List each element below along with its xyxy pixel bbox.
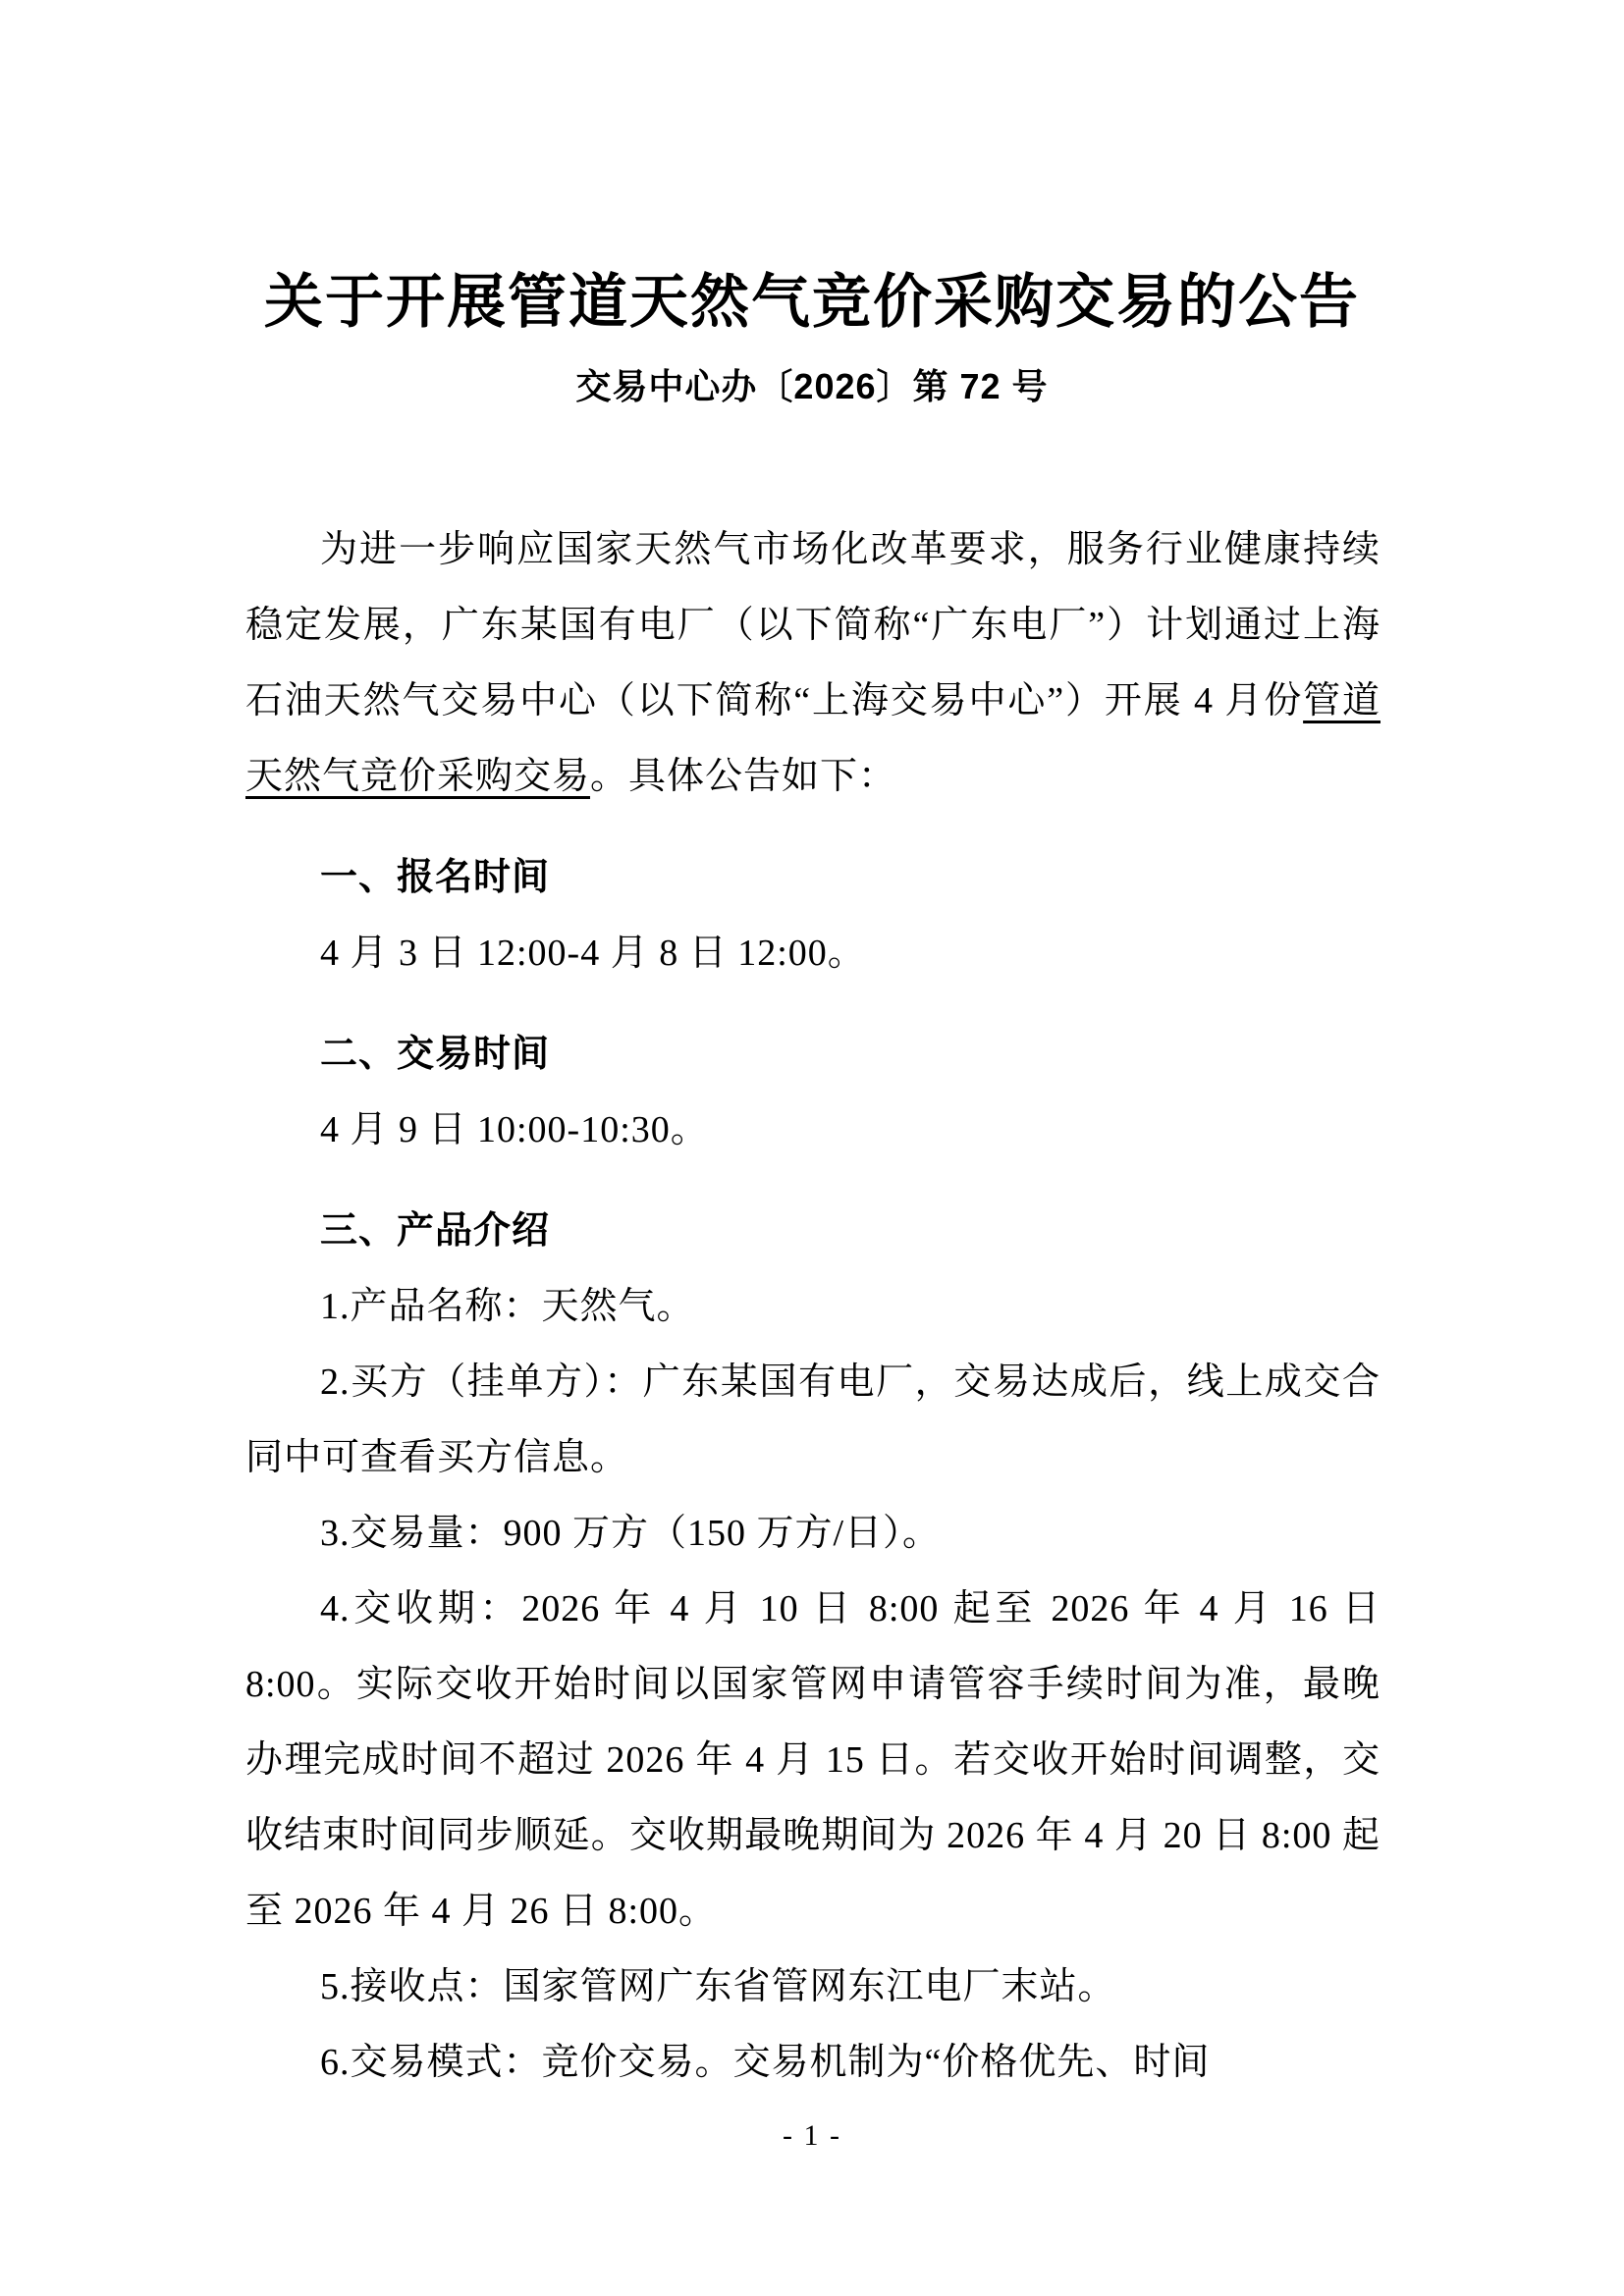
intro-text-lead: 为进一步响应国家天然气市场化改革要求，服务行业健康持续稳定发展，广东某国有电厂（… xyxy=(245,529,1380,721)
intro-paragraph: 为进一步响应国家天然气市场化改革要求，服务行业健康持续稳定发展，广东某国有电厂（… xyxy=(245,512,1380,815)
document-page: 关于开展管道天然气竞价采购交易的公告 交易中心办〔2026〕第 72 号 为进一… xyxy=(0,0,1624,2296)
product-item-delivery-period: 4.交收期：2026 年 4 月 10 日 8:00 起至 2026 年 4 月… xyxy=(245,1572,1380,1949)
product-item-name: 1.产品名称：天然气。 xyxy=(245,1269,1380,1345)
document-number: 交易中心办〔2026〕第 72 号 xyxy=(0,363,1624,410)
signup-time-paragraph: 4 月 3 日 12:00-4 月 8 日 12:00。 xyxy=(245,916,1380,991)
product-item-volume: 3.交易量：900 万方（150 万方/日）。 xyxy=(245,1496,1380,1572)
document-body: 为进一步响应国家天然气市场化改革要求，服务行业健康持续稳定发展，广东某国有电厂（… xyxy=(245,512,1380,2101)
section-heading-product-intro: 三、产品介绍 xyxy=(245,1194,1380,1269)
product-item-buyer: 2.买方（挂单方）：广东某国有电厂，交易达成后，线上成交合同中可查看买方信息。 xyxy=(245,1345,1380,1496)
intro-text-tail: 。具体公告如下： xyxy=(590,756,896,797)
trading-time-paragraph: 4 月 9 日 10:00-10:30。 xyxy=(245,1093,1380,1168)
section-heading-signup-time: 一、报名时间 xyxy=(245,840,1380,916)
section-heading-trading-time: 二、交易时间 xyxy=(245,1017,1380,1093)
document-title: 关于开展管道天然气竞价采购交易的公告 xyxy=(0,267,1624,338)
product-item-receiving-point: 5.接收点：国家管网广东省管网东江电厂末站。 xyxy=(245,1949,1380,2025)
page-number: - 1 - xyxy=(0,2116,1624,2156)
product-item-trading-mode: 6.交易模式：竞价交易。交易机制为“价格优先、时间 xyxy=(245,2025,1380,2101)
